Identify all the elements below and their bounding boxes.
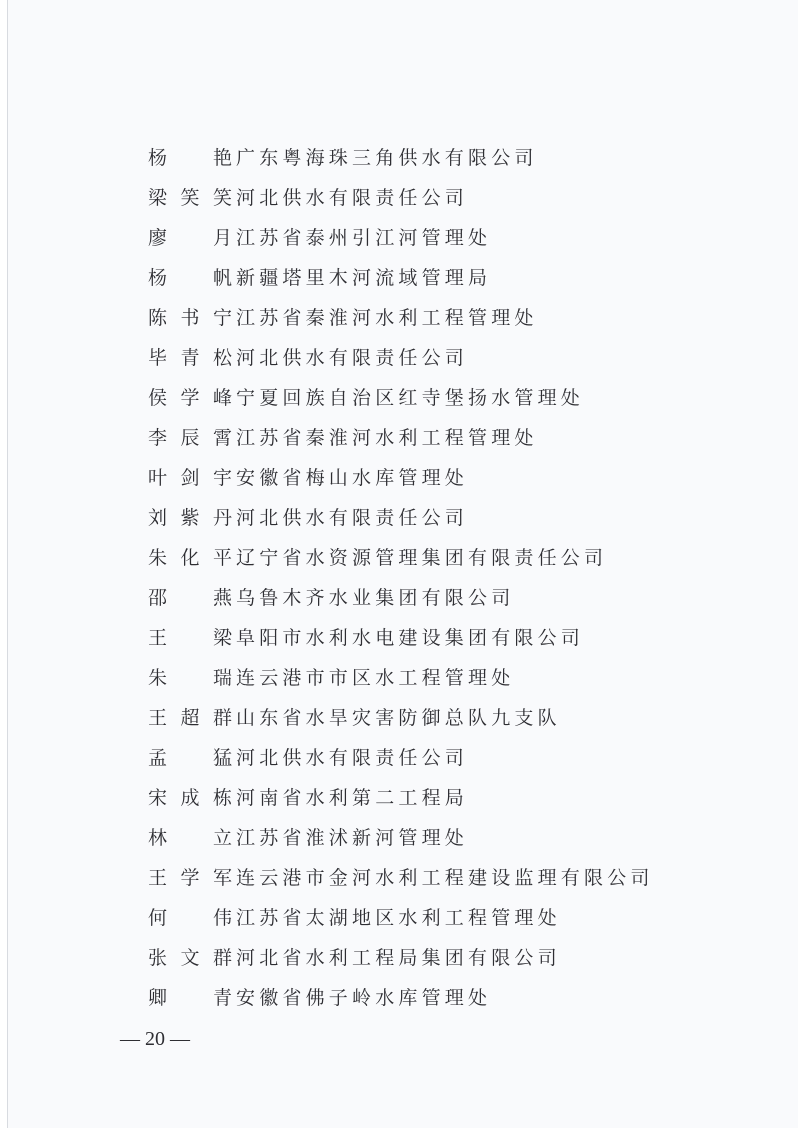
list-item: 张文群 河北省水利工程局集团有限公司: [148, 938, 654, 978]
list-item: 卿 青 安徽省佛子岭水库管理处: [148, 978, 654, 1018]
person-name: 邵 燕: [148, 578, 233, 618]
organization: 河北供水有限责任公司: [236, 738, 468, 778]
person-name: 叶剑宇: [148, 458, 233, 498]
person-name: 侯学峰: [148, 378, 233, 418]
organization: 连云港市金河水利工程建设监理有限公司: [236, 858, 654, 898]
list-item: 杨 艳 广东粤海珠三角供水有限公司: [148, 138, 654, 178]
organization: 河北省水利工程局集团有限公司: [236, 938, 561, 978]
organization: 安徽省佛子岭水库管理处: [236, 978, 491, 1018]
person-name: 杨 帆: [148, 258, 233, 298]
document-page: 杨 艳 广东粤海珠三角供水有限公司 梁笑笑 河北供水有限责任公司 廖 月 江苏省…: [7, 0, 798, 1128]
list-item: 朱 瑞 连云港市市区水工程管理处: [148, 658, 654, 698]
list-item: 宋成栋 河南省水利第二工程局: [148, 778, 654, 818]
person-name: 陈书宁: [148, 298, 233, 338]
organization: 江苏省太湖地区水利工程管理处: [236, 898, 561, 938]
organization: 辽宁省水资源管理集团有限责任公司: [236, 538, 607, 578]
list-item: 林 立 江苏省淮沭新河管理处: [148, 818, 654, 858]
organization: 江苏省泰州引江河管理处: [236, 218, 491, 258]
list-item: 王超群 山东省水旱灾害防御总队九支队: [148, 698, 654, 738]
list-item: 王 梁 阜阳市水利水电建设集团有限公司: [148, 618, 654, 658]
organization: 乌鲁木齐水业集团有限公司: [236, 578, 514, 618]
organization: 河南省水利第二工程局: [236, 778, 468, 818]
list-item: 梁笑笑 河北供水有限责任公司: [148, 178, 654, 218]
organization: 河北供水有限责任公司: [236, 498, 468, 538]
person-name: 廖 月: [148, 218, 233, 258]
person-name: 林 立: [148, 818, 233, 858]
list-item: 邵 燕 乌鲁木齐水业集团有限公司: [148, 578, 654, 618]
list-item: 毕青松 河北供水有限责任公司: [148, 338, 654, 378]
organization: 河北供水有限责任公司: [236, 178, 468, 218]
list-item: 陈书宁 江苏省秦淮河水利工程管理处: [148, 298, 654, 338]
list-item: 杨 帆 新疆塔里木河流域管理局: [148, 258, 654, 298]
person-name: 刘紫丹: [148, 498, 233, 538]
list-item: 孟 猛 河北供水有限责任公司: [148, 738, 654, 778]
person-name: 卿 青: [148, 978, 233, 1018]
list-item: 朱化平 辽宁省水资源管理集团有限责任公司: [148, 538, 654, 578]
person-name: 张文群: [148, 938, 233, 978]
organization: 连云港市市区水工程管理处: [236, 658, 514, 698]
list-item: 李辰霄 江苏省秦淮河水利工程管理处: [148, 418, 654, 458]
person-name: 杨 艳: [148, 138, 233, 178]
list-item: 何 伟 江苏省太湖地区水利工程管理处: [148, 898, 654, 938]
organization: 新疆塔里木河流域管理局: [236, 258, 491, 298]
person-name: 孟 猛: [148, 738, 233, 778]
organization: 河北供水有限责任公司: [236, 338, 468, 378]
organization: 阜阳市水利水电建设集团有限公司: [236, 618, 584, 658]
person-name: 宋成栋: [148, 778, 233, 818]
person-name: 梁笑笑: [148, 178, 233, 218]
person-name: 王 梁: [148, 618, 233, 658]
organization: 广东粤海珠三角供水有限公司: [236, 138, 538, 178]
organization: 安徽省梅山水库管理处: [236, 458, 468, 498]
list-item: 刘紫丹 河北供水有限责任公司: [148, 498, 654, 538]
organization: 江苏省秦淮河水利工程管理处: [236, 418, 538, 458]
organization: 山东省水旱灾害防御总队九支队: [236, 698, 561, 738]
organization: 江苏省淮沭新河管理处: [236, 818, 468, 858]
person-name: 毕青松: [148, 338, 233, 378]
personnel-list: 杨 艳 广东粤海珠三角供水有限公司 梁笑笑 河北供水有限责任公司 廖 月 江苏省…: [148, 138, 654, 1018]
organization: 宁夏回族自治区红寺堡扬水管理处: [236, 378, 584, 418]
person-name: 王学军: [148, 858, 233, 898]
person-name: 朱 瑞: [148, 658, 233, 698]
person-name: 李辰霄: [148, 418, 233, 458]
list-item: 王学军 连云港市金河水利工程建设监理有限公司: [148, 858, 654, 898]
list-item: 廖 月 江苏省泰州引江河管理处: [148, 218, 654, 258]
list-item: 叶剑宇 安徽省梅山水库管理处: [148, 458, 654, 498]
person-name: 王超群: [148, 698, 233, 738]
list-item: 侯学峰 宁夏回族自治区红寺堡扬水管理处: [148, 378, 654, 418]
organization: 江苏省秦淮河水利工程管理处: [236, 298, 538, 338]
page-number: — 20 —: [120, 1028, 190, 1051]
person-name: 朱化平: [148, 538, 233, 578]
person-name: 何 伟: [148, 898, 233, 938]
